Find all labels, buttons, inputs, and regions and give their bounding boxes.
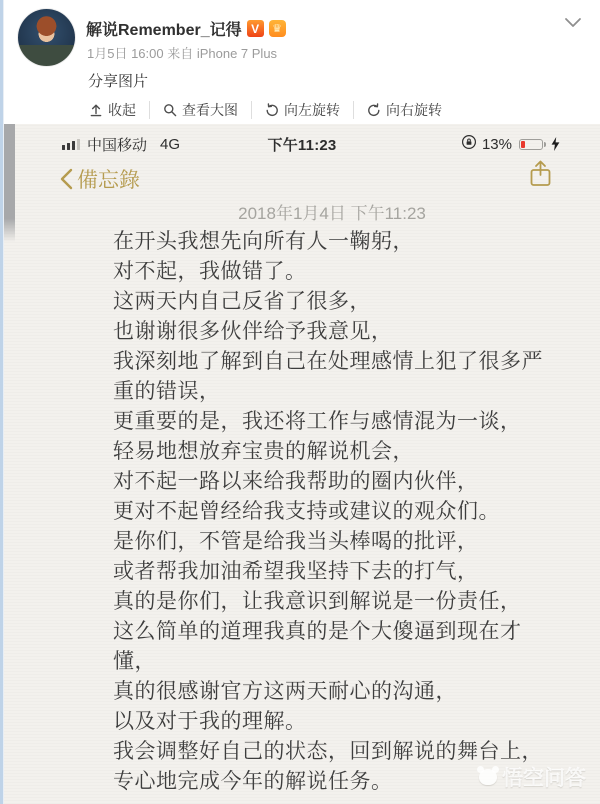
rotate-left-button[interactable]: 向左旋转 <box>251 101 353 119</box>
note-date: 2018年1月4日 下午11:23 <box>64 199 600 224</box>
notes-back-button: 備忘錄 <box>60 164 140 194</box>
notes-back-label: 備忘錄 <box>77 164 140 194</box>
note-line: 更重要的是，我还将工作与感情混为一谈， <box>113 407 543 437</box>
toolbar-item-label: 向右旋转 <box>386 100 442 120</box>
note-line: 是你们，不管是给我当头棒喝的批评， <box>113 527 543 557</box>
membership-crown-icon: ♛ <box>269 20 286 37</box>
toolbar-item-label: 收起 <box>108 100 136 120</box>
note-line: 更对不起曾经给我支持或建议的观众们。 <box>113 497 543 527</box>
note-line: 对不起一路以来给我帮助的圈内伙伴， <box>113 467 543 497</box>
charging-bolt-icon <box>551 137 560 151</box>
collapse-up-icon <box>89 103 103 117</box>
avatar[interactable] <box>18 9 75 66</box>
watermark-label: 悟空问答 <box>502 762 586 792</box>
status-bar-right: 13% <box>461 133 560 155</box>
note-line: 在开头我想先向所有人一鞠躬， <box>113 227 543 257</box>
note-line: 懂， <box>113 647 543 677</box>
note-line: 轻易地想放弃宝贵的解说机会， <box>113 437 543 467</box>
rotate-right-icon <box>367 103 381 117</box>
note-line: 我深刻地了解到自己在处理感情上犯了很多严 <box>113 347 543 377</box>
battery-icon <box>519 139 543 150</box>
rotation-lock-icon <box>461 134 477 154</box>
note-line: 真的很感谢官方这两天耐心的沟通， <box>113 677 543 707</box>
note-line: 以及对于我的理解。 <box>113 707 543 737</box>
wukong-monkey-logo-icon <box>479 769 497 785</box>
shared-image-notes-screenshot[interactable]: 中国移动 4G 下午11:23 13% 備忘錄 2018年1月4日 下午11:2… <box>4 124 600 804</box>
share-icon <box>527 159 554 195</box>
user-row: 解说Remember_记得 V ♛ <box>86 17 286 40</box>
verified-v-icon: V <box>247 20 264 37</box>
username[interactable]: 解说Remember_记得 <box>86 17 242 40</box>
note-line: 或者帮我加油希望我坚持下去的打气， <box>113 557 543 587</box>
chevron-down-icon[interactable] <box>564 16 582 28</box>
post-content: 分享图片 <box>88 70 148 91</box>
battery-percent-label: 13% <box>482 136 512 153</box>
iphone-status-bar: 中国移动 4G 下午11:23 13% <box>4 133 600 155</box>
note-line: 真的是你们，让我意识到解说是一份责任， <box>113 587 543 617</box>
post-timestamp: 1月5日 16:00 来自 iPhone 7 Plus <box>87 43 277 62</box>
note-line: 重的错误， <box>113 377 543 407</box>
watermark: 悟空问答 <box>479 762 586 792</box>
note-body: 在开头我想先向所有人一鞠躬，对不起，我做错了。这两天内自己反省了很多，也谢谢很多… <box>113 227 543 797</box>
toolbar-item-label: 向左旋转 <box>284 100 340 120</box>
note-line: 这两天内自己反省了很多， <box>113 287 543 317</box>
note-line: 对不起，我做错了。 <box>113 257 543 287</box>
magnifier-icon <box>163 103 177 117</box>
rotate-right-button[interactable]: 向右旋转 <box>353 101 455 119</box>
toolbar-item-label: 查看大图 <box>182 100 238 120</box>
post-header: 解说Remember_记得 V ♛ 1月5日 16:00 来自 iPhone 7… <box>4 0 600 96</box>
rotate-left-icon <box>265 103 279 117</box>
page-left-edge <box>0 0 4 804</box>
note-line: 这么简单的道理我真的是个大傻逼到现在才 <box>113 617 543 647</box>
view-large-image-button[interactable]: 查看大图 <box>149 101 251 119</box>
note-line: 也谢谢很多伙伴给予我意见， <box>113 317 543 347</box>
image-toolbar: 收起 查看大图 向左旋转 向右旋转 <box>4 96 600 124</box>
collapse-image-button[interactable]: 收起 <box>76 101 149 119</box>
